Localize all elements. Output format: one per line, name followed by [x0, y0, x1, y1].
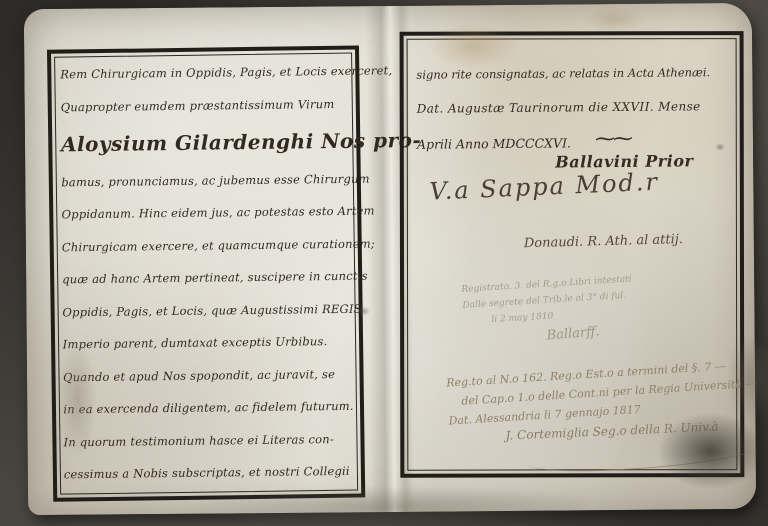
ink-stain: [584, 6, 644, 33]
left-page-line: Imperio parent, dumtaxat exceptis Urbibu…: [63, 334, 349, 351]
right-page-line: signo rite consignatas, ac relatas in Ac…: [416, 65, 710, 82]
right-page-line: Aprili Anno MDCCCXVI.: [417, 135, 571, 151]
left-page-line-name-highlight: Aloysium Gilardenghi Nos pro-: [61, 129, 347, 156]
pen-flourish: ⁓⁓: [595, 126, 631, 150]
parchment-sheet: Rem Chirurgicam in Oppidis, Pagis, et Lo…: [24, 3, 756, 515]
left-page-line: bamus, pronunciamus, ac jubemus esse Chi…: [61, 171, 347, 188]
photo-stage: Rem Chirurgicam in Oppidis, Pagis, et Lo…: [0, 0, 768, 526]
right-page-line: Dat. Augustæ Taurinorum die XXVII. Mense: [417, 99, 701, 115]
left-page-line: In quorum testimonium hasce ei Literas c…: [63, 431, 349, 448]
left-page-line: Quando et apud Nos spopondit, ac juravit…: [63, 366, 349, 383]
left-page-line: Oppidanum. Hinc eidem jus, ac potestas e…: [62, 204, 348, 221]
left-page-line: Oppidis, Pagis, et Locis, quæ Augustissi…: [62, 301, 348, 318]
left-page-line: quæ ad hanc Artem pertineat, suscipere i…: [62, 269, 348, 286]
left-page-line: Chirurgicam exercere, et quamcumque cura…: [62, 236, 348, 253]
left-page-line: Rem Chirurgicam in Oppidis, Pagis, et Lo…: [60, 64, 346, 81]
left-page-line: Quapropter eumdem præstantissimum Virum: [61, 96, 347, 113]
left-page-text-block: Rem Chirurgicam in Oppidis, Pagis, et Lo…: [60, 64, 350, 480]
left-page-line: in ea exercenda diligentem, ac fidelem f…: [63, 399, 349, 416]
left-page-line: cessimus a Nobis subscriptas, et nostri …: [64, 464, 350, 481]
